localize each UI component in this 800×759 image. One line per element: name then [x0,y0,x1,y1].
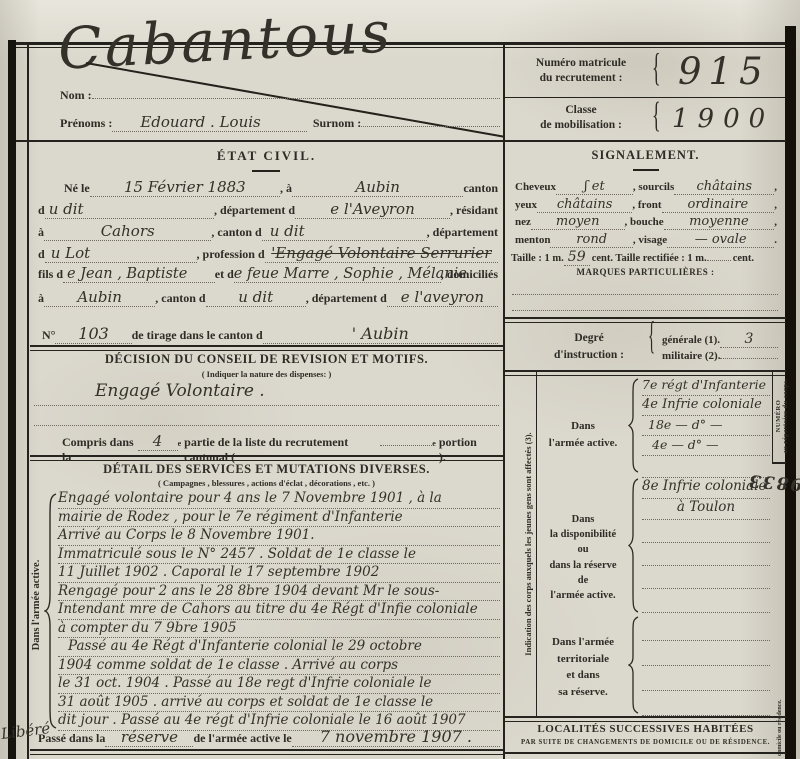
signalement-title-dash [633,169,659,171]
prenoms-value: Edouard . Louis [112,113,307,132]
corps-side-label: Indication des corps auxquels les jeunes… [523,376,533,712]
front-value: ordinaire [662,197,775,213]
localites-subtitle: PAR SUITE DE CHANGEMENTS DE DOMICILE OU … [505,739,786,746]
disponibilite-entries: 8e Infrie coloniale à Toulon [642,478,770,613]
decision-subtitle: ( Indiquer la nature des dispenses: ) [30,369,503,379]
tirage-number-value: 103 [55,324,131,344]
matricule-value: 915 [678,50,770,93]
service-entry-line: Passé au 4e Régt d'Infanterie colonial l… [58,638,500,657]
matricule-brace [652,45,661,91]
dispo-blank-line [642,589,770,613]
signalement-fields: Cheveux ʃ et , sourcils châtains , yeux … [515,179,777,249]
decision-dotted-line-2 [34,424,499,426]
territoriale-brace [628,616,640,714]
nom-label: Nom : [60,88,92,103]
birth-date-value: 15 Février 1883 [90,178,280,197]
dispo-blank-line [642,566,770,589]
active-corps-entry: 4e Infrie coloniale [642,396,770,416]
profession-row: d u Lot , profession d 'Engagé Volontair… [38,244,498,266]
territoriale-blank-line [642,641,770,666]
surnom-label: Surnom : [307,116,361,131]
tirage-canton-value: ' Aubin [263,324,498,344]
etat-civil-title: ÉTAT CIVIL. [30,148,503,164]
section-rule-3 [30,749,503,755]
service-entry-line: Rengagé pour 2 ans le 28 8bre 1904 devan… [58,583,500,602]
sourcils-value: châtains [674,179,774,195]
signature-name: Cabantous [57,0,395,83]
service-entry-line: à compter du 7 9bre 1905 [58,620,500,639]
domicile-canton-value: u dit [206,288,306,307]
dispo-blank-line [642,543,770,566]
domicile-value: Aubin [44,288,155,307]
territoriale-blank-line [642,616,770,641]
taille-value: 59 [564,249,590,266]
etat-civil-fields: Né le 15 Février 1883 , à Aubin canton d… [38,178,498,348]
dispo-blank-line [642,520,770,543]
nez-row: nez moyen , bouche moyenne , [515,214,777,232]
armee-active-label: Dans l'armée active. [540,418,626,451]
services-title: DÉTAIL DES SERVICES ET MUTATIONS DIVERSE… [30,462,503,477]
father-name-value: e Jean , Baptiste [63,266,215,283]
disponibilite-label: Dans la disponibilité ou dans la réserve… [540,512,626,603]
compris-partie-value: 4 [138,432,178,451]
nom-value-line [92,98,500,99]
bouche-value: moyenne [664,214,775,230]
section-rule-2 [30,455,503,461]
prenoms-row: Prénoms : Edouard . Louis Surnom : [60,113,500,132]
degre-generale-row: générale (1). 3 [662,331,778,348]
numero-col-vline [772,371,773,463]
localites-title: LOCALITÉS SUCCESSIVES HABITÉES [505,723,786,735]
domicile-departement-value: e l'aveyron [387,288,498,307]
reserve-date-value: 7 novembre 1907 . [292,727,500,747]
birth-departement-value: e l'Aveyron [295,200,450,219]
localites-side-note: domicile ou résidence. [777,686,783,756]
degre-label: Degré d'instruction : [538,330,640,363]
service-entry-line: Engagé volontaire pour 4 ans le 7 Novemb… [58,490,500,509]
frame-left-rule [27,44,29,759]
residence-row: à Cahors , canton d u dit , département [38,222,498,244]
yeux-value: châtains [537,197,632,213]
profession-value: 'Engagé Volontaire Serrurier [265,244,498,263]
parents-domicile-row: à Aubin , canton d u dit , département d… [38,288,498,310]
menton-value: rond [550,232,632,248]
service-entry-line: Intendant mre de Cahors au titre du 4e R… [58,601,500,620]
residence-value: Cahors [44,222,211,241]
scan-edge-left [8,40,16,759]
mother-name-value: e feue Marre , Sophie , Mélanie [234,266,441,283]
header-bottom-rule [16,140,786,142]
degre-militaire-blank [720,358,778,359]
services-subtitle: ( Campagnes , blessures , actions d'écla… [30,478,503,488]
visage-value: — ovale [667,232,774,248]
services-margin-brace [44,492,58,730]
degre-generale-value: 3 [720,331,778,348]
territoriale-entries [642,616,770,716]
section-rule-1 [30,345,503,351]
numero-repertoire-label: NUMÉRO au répertoire du corps. [775,374,789,458]
territoriale-blank-line [642,666,770,691]
degre-militaire-row: militaire (2). [662,350,778,362]
classe-label: Classe de mobilisation : [512,103,650,133]
decision-title: DÉCISION DU CONSEIL DE REVISION ET MOTIF… [30,352,503,367]
service-entry-line: Arrivé au Corps le 8 Novembre 1901. [58,527,500,546]
birth-canton-row: d u dit , département d e l'Aveyron , ré… [38,200,498,222]
service-entry-line: 11 Juillet 1902 . Caporal le 17 septembr… [58,564,500,583]
classe-brace [652,95,661,137]
right-rule-1 [505,317,786,323]
cheveux-value: ʃ et [556,179,633,195]
birth-place-value: Aubin [292,178,463,197]
active-corps-entry: 7e régt d'Infanterie [642,376,770,396]
matricule-classe-separator [505,97,785,98]
disponibilite-brace [628,478,640,613]
nom-row: Nom : [60,88,500,103]
territoriale-blank-line [642,691,770,716]
menton-row: menton rond , visage — ovale . [515,232,777,250]
prenoms-label: Prénoms : [60,116,112,131]
services-entries: Engagé volontaire pour 4 ans le 7 Novemb… [58,490,500,731]
dispo-corps-entry: 8e Infrie coloniale [642,478,770,499]
residence-departement-value: u Lot [45,244,197,263]
taille-row: Taille : 1 m. 59 cent. Taille rectifiée … [511,249,781,266]
right-bottom-rule [505,752,786,754]
decision-dotted-line-1 [34,404,499,406]
right-rule-3 [505,716,786,722]
services-margin-label: Dans l'armée active. [31,510,42,700]
reserve-transfer-row: Passé dans la réserve de l'armée active … [38,727,500,747]
degre-brace [648,317,655,361]
etat-civil-title-dash [252,170,280,172]
cheveux-row: Cheveux ʃ et , sourcils châtains , [515,179,777,197]
service-entry-line: Immatriculé sous le N° 2457 . Soldat de … [58,546,500,565]
reserve-word-value: réserve [105,728,193,747]
marques-dotted-line-1 [512,293,778,295]
active-corps-entry: 4e — d° — [642,436,770,456]
taille-rectifiee-blank [707,260,731,261]
service-entry-line: 31 août 1905 . arrivé au corps et soldat… [58,694,500,713]
portion-blank [380,445,432,446]
military-register-sheet: Cabantous Nom : Prénoms : Edouard . Loui… [0,0,800,759]
marques-dotted-line-2 [512,309,778,311]
armee-active-entries: 7e régt d'Infanterie 4e Infrie coloniale… [642,376,770,478]
birth-row: Né le 15 Février 1883 , à Aubin canton [38,178,498,200]
numero-col-hline [772,462,786,464]
parents-row: fils d e Jean , Baptiste et d e feue Mar… [38,266,498,288]
signalement-title: SIGNALEMENT. [505,148,786,163]
yeux-row: yeux châtains , front ordinaire , [515,197,777,215]
armee-active-brace [628,378,640,473]
service-entry-line: 1904 comme soldat de 1e classe . Arrivé … [58,657,500,676]
service-entry-line: mairie de Rodez , pour le 7e régiment d'… [58,509,500,528]
matricule-label: Numéro matricule du recrutement : [512,56,650,86]
residence-canton-value: u dit [262,222,427,241]
corps-inner-vline [536,371,537,716]
dispo-corps-entry: à Toulon [642,499,770,520]
surnom-value-line [361,126,500,127]
active-corps-entry: 18e — d° — [642,416,770,436]
classe-value: 1900 [672,104,774,134]
birth-canton-value: u dit [45,200,214,219]
marques-title: MARQUES PARTICULIÈRES : [505,267,786,277]
territoriale-label: Dans l'armée territoriale et dans sa rés… [540,634,626,700]
decision-value: Engagé Volontaire . [95,381,265,401]
service-entry-line: le 31 oct. 1904 . Passé au 18e regt d'In… [58,675,500,694]
nez-value: moyen [531,214,625,230]
